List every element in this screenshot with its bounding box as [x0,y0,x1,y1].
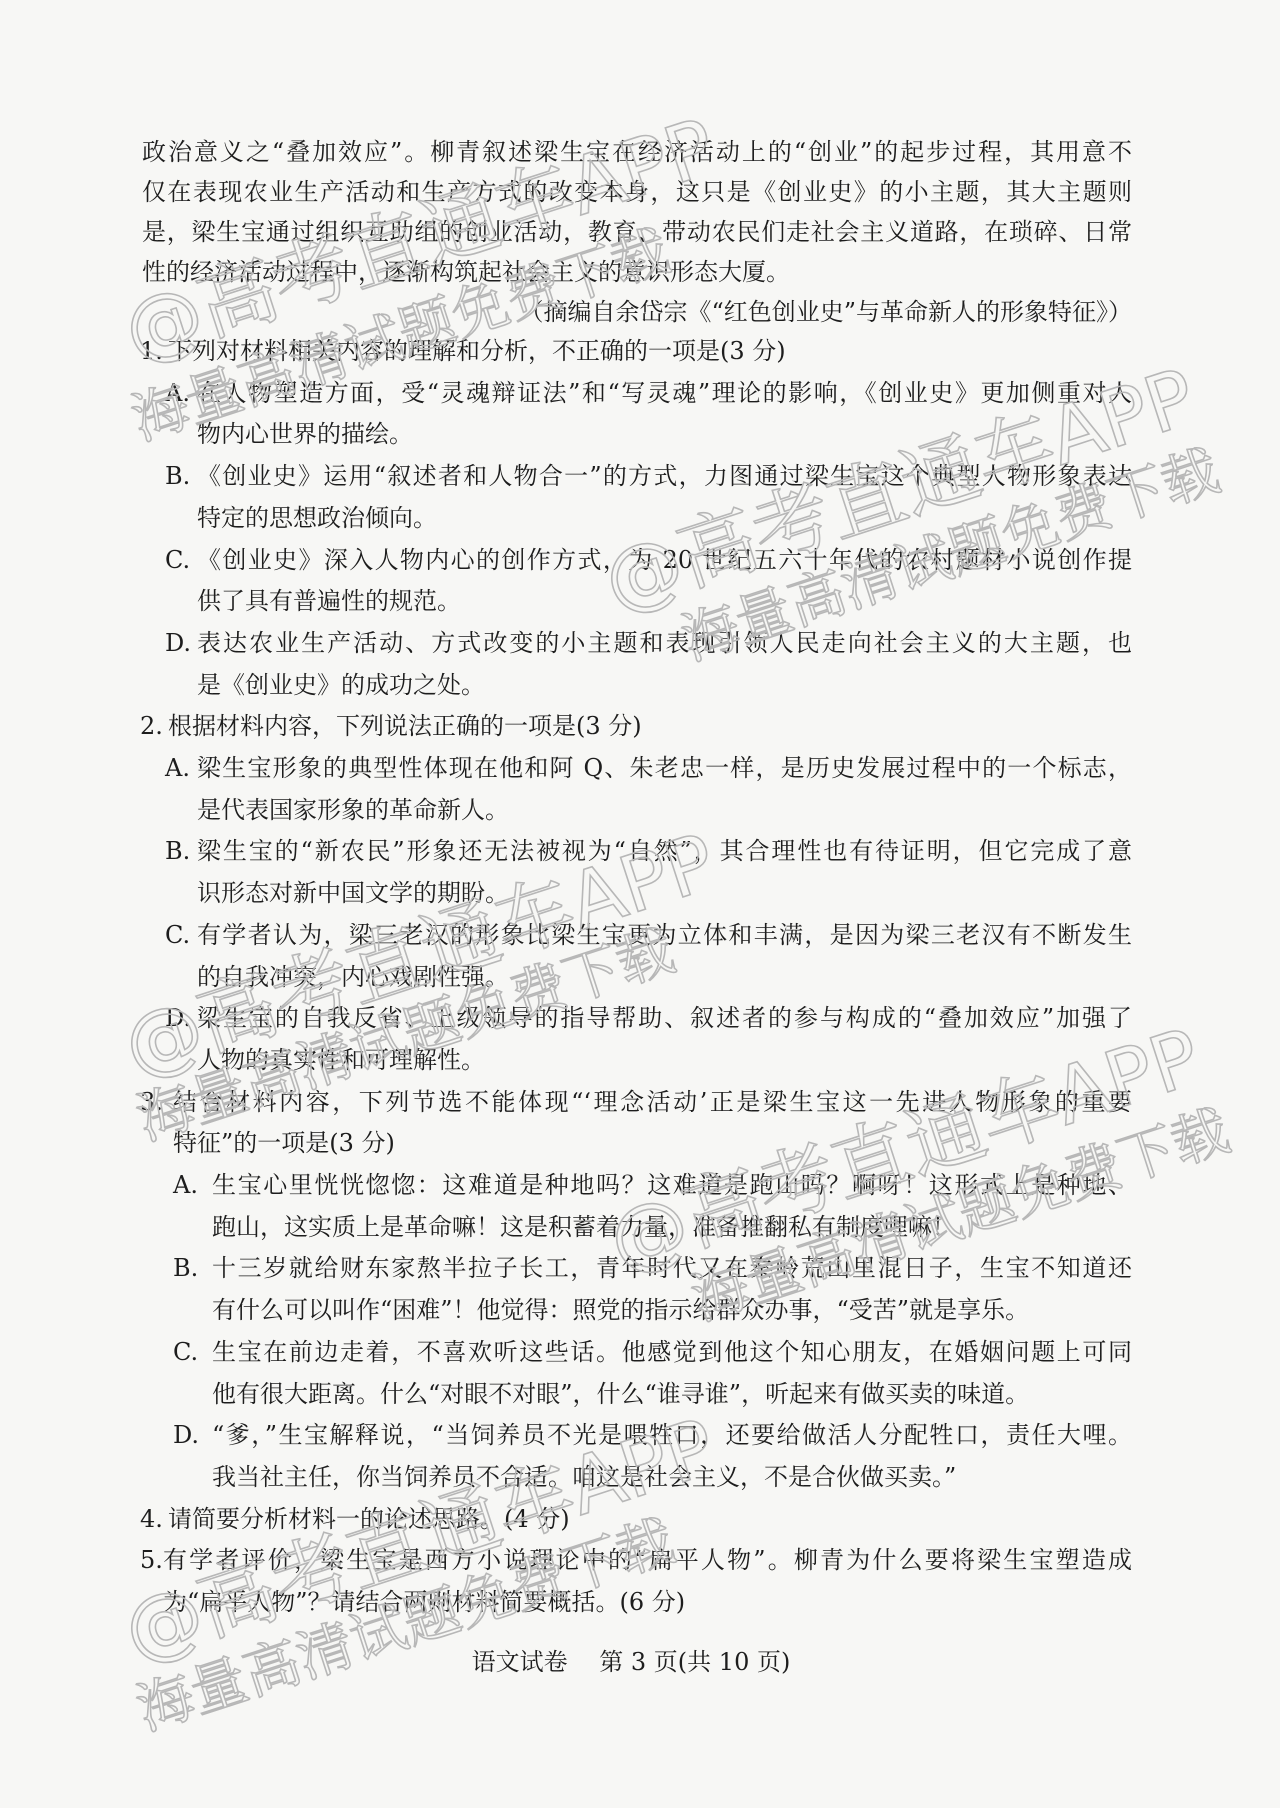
option-text-cont: 识形态对新中国文学的期盼。 [140,873,1132,915]
option-text-cont: 供了具有普遍性的规范。 [140,581,1132,623]
option-a: A. 梁生宝形象的典型性体现在他和阿 Q、朱老忠一样，是历史发展过程中的一个标志… [140,748,1132,831]
question-number: 2. [140,706,168,748]
question-number: 5. [140,1540,163,1582]
option-c: C. 《创业史》深入人物内心的创作方式，为 20 世纪五六十年代的农村题材小说创… [140,540,1132,623]
option-label: A. [165,373,197,415]
passage-line: 仅在表现农业生产活动和生产方式的改变本身，这只是《创业史》的小主题，其大主题则 [142,172,1132,212]
option-label: D. [165,998,197,1040]
option-text-cont: 人物的真实性和可理解性。 [140,1040,1132,1082]
option-label: D. [173,1415,212,1457]
option-text: 有学者认为，梁三老汉的形象比梁生宝更为立体和丰满，是因为梁三老汉有不断发生 [197,915,1132,957]
option-text: “爹，”生宝解释说，“当饲养员不光是喂牲口，还要给做活人分配牲口，责任大哩。 [212,1415,1132,1457]
option-label: B. [165,456,197,498]
option-a: A. 在人物塑造方面，受“灵魂辩证法”和“写灵魂”理论的影响，《创业史》更加侧重… [140,373,1132,456]
page-number-label: 第 3 页(共 10 页) [599,1648,790,1676]
option-text: 《创业史》深入人物内心的创作方式，为 20 世纪五六十年代的农村题材小说创作提 [197,540,1132,582]
paper-title: 语文试卷 [472,1648,568,1676]
option-label: A. [173,1165,212,1207]
question-stem: 请简要分析材料一的论述思路。(4 分) [168,1499,1132,1541]
option-text-cont: 有什么可以叫作“困难”！他觉得：照党的指示给群众办事，“受苦”就是享乐。 [140,1290,1132,1332]
option-text-cont: 是《创业史》的成功之处。 [140,665,1132,707]
option-label: A. [165,748,197,790]
option-text-cont: 物内心世界的描绘。 [140,414,1132,456]
passage-line: 是，梁生宝通过组织互助组的创业活动，教育、带动农民们走社会主义道路，在琐碎、日常 [142,212,1132,252]
question-1: 1. 下列对材料相关内容的理解和分析，不正确的一项是(3 分) A. 在人物塑造… [140,331,1132,706]
option-d: D. 表达农业生产活动、方式改变的小主题和表现引领人民走向社会主义的大主题，也 … [140,623,1132,706]
question-4: 4. 请简要分析材料一的论述思路。(4 分) [140,1499,1132,1541]
question-number: 1. [140,331,168,373]
passage-source-citation: （摘编自余岱宗《“红色创业史”与革命新人的形象特征》） [519,292,1132,332]
option-label: C. [165,540,197,582]
option-label: C. [165,915,197,957]
option-text: 《创业史》运用“叙述者和人物合一”的方式，力图通过梁生宝这个典型人物形象表达 [197,456,1132,498]
option-label: B. [173,1248,212,1290]
option-text-cont: 跑山，这实质上是革命嘛！这是积蓄着力量，准备推翻私有制度哩嘛！ [140,1207,1132,1249]
option-b: B. 《创业史》运用“叙述者和人物合一”的方式，力图通过梁生宝这个典型人物形象表… [140,456,1132,539]
option-d: D. 梁生宝的自我反省、上级领导的指导帮助、叙述者的参与构成的“叠加效应”加强了… [140,998,1132,1081]
question-number: 4. [140,1499,168,1541]
question-number: 3. [140,1082,173,1124]
option-c: C. 有学者认为，梁三老汉的形象比梁生宝更为立体和丰满，是因为梁三老汉有不断发生… [140,915,1132,998]
question-stem-cont: 为“扁平人物”？请结合两则材料简要概括。(6 分) [140,1582,1132,1624]
question-2: 2. 根据材料内容，下列说法正确的一项是(3 分) A. 梁生宝形象的典型性体现… [140,706,1132,1081]
option-text: 梁生宝的“新农民”形象还无法被视为“自然”，其合理性也有待证明，但它完成了意 [197,831,1132,873]
option-label: C. [173,1332,212,1374]
question-stem-cont: 特征”的一项是(3 分) [140,1123,1132,1165]
option-text: 梁生宝的自我反省、上级领导的指导帮助、叙述者的参与构成的“叠加效应”加强了 [197,998,1132,1040]
passage-line: 政治意义之“叠加效应”。柳青叙述梁生宝在经济活动上的“创业”的起步过程，其用意不 [142,132,1132,172]
question-3: 3. 结合材料内容，下列节选不能体现“‘理念活动’正是梁生宝这一先进人物形象的重… [140,1082,1132,1499]
question-list: 1. 下列对材料相关内容的理解和分析，不正确的一项是(3 分) A. 在人物塑造… [140,331,1132,1624]
option-label: B. [165,831,197,873]
question-stem: 根据材料内容，下列说法正确的一项是(3 分) [168,706,1132,748]
page-footer: 语文试卷 第 3 页(共 10 页) [0,1647,1262,1677]
option-text: 表达农业生产活动、方式改变的小主题和表现引领人民走向社会主义的大主题，也 [197,623,1132,665]
question-stem: 下列对材料相关内容的理解和分析，不正确的一项是(3 分) [168,331,1132,373]
reading-passage: 政治意义之“叠加效应”。柳青叙述梁生宝在经济活动上的“创业”的起步过程，其用意不… [142,132,1132,292]
option-text-cont: 我当社主任，你当饲养员不合适。咱这是社会主义，不是合伙做买卖。” [140,1457,1132,1499]
passage-line: 性的经济活动过程中，逐渐构筑起社会主义的意识形态大厦。 [142,252,1132,292]
option-d: D. “爹，”生宝解释说，“当饲养员不光是喂牲口，还要给做活人分配牲口，责任大哩… [140,1415,1132,1498]
option-text-cont: 他有很大距离。什么“对眼不对眼”，什么“谁寻谁”，听起来有做买卖的味道。 [140,1374,1132,1416]
option-text-cont: 的自我冲突，内心戏剧性强。 [140,957,1132,999]
option-text: 生宝在前边走着，不喜欢听这些话。他感觉到他这个知心朋友，在婚姻问题上可同 [212,1332,1132,1374]
option-b: B. 十三岁就给财东家熬半拉子长工，青年时代又在秦岭荒山里混日子，生宝不知道还 … [140,1248,1132,1331]
question-5: 5. 有学者评价，梁生宝是西方小说理论中的“扁平人物”。柳青为什么要将梁生宝塑造… [140,1540,1132,1623]
question-stem: 有学者评价，梁生宝是西方小说理论中的“扁平人物”。柳青为什么要将梁生宝塑造成 [163,1540,1132,1582]
option-label: D. [165,623,197,665]
option-text: 生宝心里恍恍惚惚：这难道是种地吗？这难道是跑山吗？啊呀！这形式上是种地、 [212,1165,1132,1207]
option-text-cont: 是代表国家形象的革命新人。 [140,790,1132,832]
option-text: 十三岁就给财东家熬半拉子长工，青年时代又在秦岭荒山里混日子，生宝不知道还 [212,1248,1132,1290]
option-text-cont: 特定的思想政治倾向。 [140,498,1132,540]
question-stem: 结合材料内容，下列节选不能体现“‘理念活动’正是梁生宝这一先进人物形象的重要 [173,1082,1132,1124]
option-a: A. 生宝心里恍恍惚惚：这难道是种地吗？这难道是跑山吗？啊呀！这形式上是种地、 … [140,1165,1132,1248]
option-text: 梁生宝形象的典型性体现在他和阿 Q、朱老忠一样，是历史发展过程中的一个标志， [197,748,1132,790]
option-text: 在人物塑造方面，受“灵魂辩证法”和“写灵魂”理论的影响，《创业史》更加侧重对人 [197,373,1132,415]
option-c: C. 生宝在前边走着，不喜欢听这些话。他感觉到他这个知心朋友，在婚姻问题上可同 … [140,1332,1132,1415]
exam-page: 政治意义之“叠加效应”。柳青叙述梁生宝在经济活动上的“创业”的起步过程，其用意不… [0,0,1280,1808]
option-b: B. 梁生宝的“新农民”形象还无法被视为“自然”，其合理性也有待证明，但它完成了… [140,831,1132,914]
